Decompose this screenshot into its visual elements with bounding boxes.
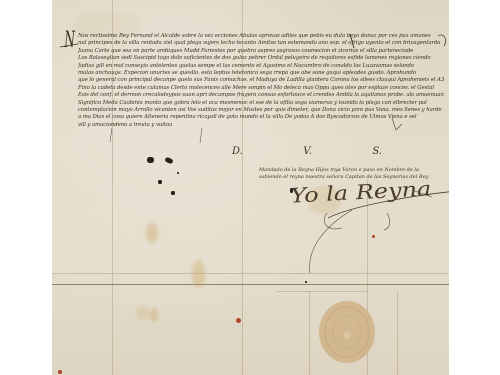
- manuscript-document: N Nos rectissimo Rey Fernand el Alcalde …: [52, 0, 449, 375]
- pen-strokes-and-seal: [52, 0, 449, 375]
- wax-seal: [319, 301, 375, 363]
